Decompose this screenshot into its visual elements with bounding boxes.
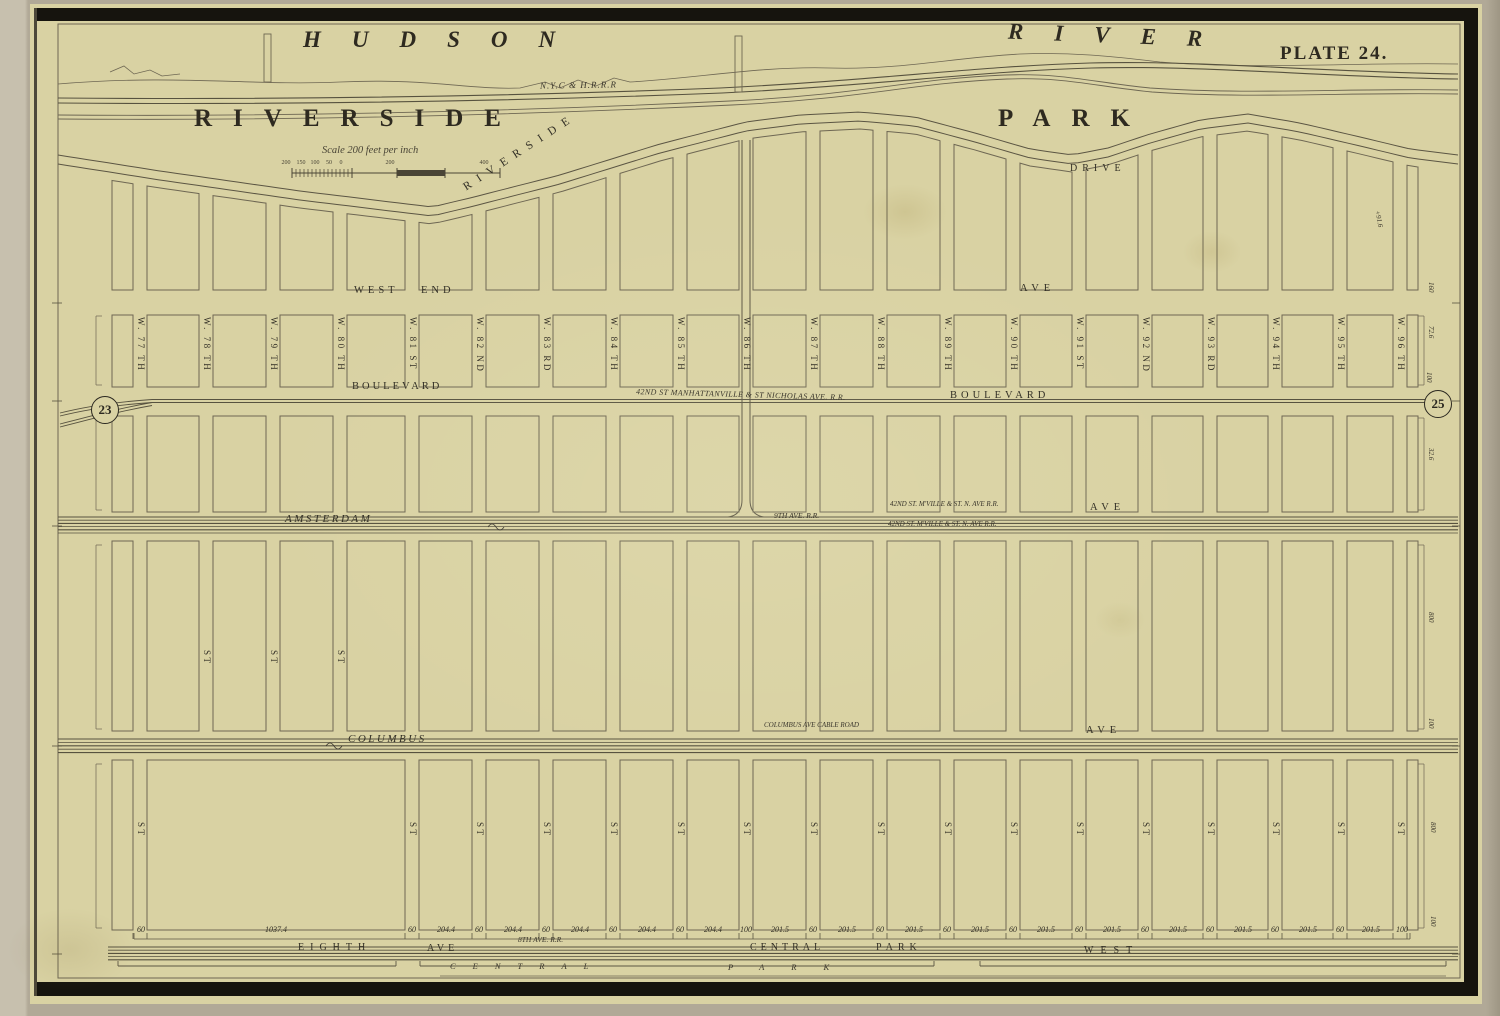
- street-suffix-label-bottom: ST: [1396, 822, 1405, 838]
- labels-layer: HUDSON RIVER PLATE 24. N.Y.C & H.R.R.R R…: [0, 0, 1500, 1016]
- street-label: W. 95 TH: [1336, 317, 1345, 372]
- scale-tick-label: 200: [282, 160, 291, 166]
- street-suffix-label-bottom: ST: [809, 822, 818, 838]
- park-name-riverside: RIVERSIDE: [194, 106, 522, 131]
- street-label: W. 79 TH: [269, 317, 278, 372]
- boulevard-railroad-label: 42ND ST MANHATTANVILLE & ST NICHOLAS AVE…: [636, 388, 846, 402]
- street-label: W. 86 TH: [742, 317, 751, 372]
- street-label: W. 83 RD: [542, 317, 551, 373]
- bottom-dimension-label: 201.5: [905, 926, 923, 934]
- amsterdam-railroad-upper-label: 42ND ST. M'VILLE & ST. N. AVE R.R.: [890, 501, 999, 508]
- bottom-dimension-label: 60: [1141, 926, 1149, 934]
- scale-tick-label: 0: [340, 160, 343, 166]
- street-suffix-label-bottom: ST: [1206, 822, 1215, 838]
- street-label: W. 89 TH: [943, 317, 952, 372]
- bottom-dimension-label: 60: [1009, 926, 1017, 934]
- bottom-dimension-label: 204.4: [571, 926, 589, 934]
- eighth-ave-label: EIGHTH: [298, 943, 371, 953]
- street-label: W. 85 TH: [676, 317, 685, 372]
- ninth-ave-railroad-label: 9TH AVE. R.R.: [774, 512, 819, 520]
- bottom-dimension-label: 60: [609, 926, 617, 934]
- street-suffix-label-bottom: ST: [609, 822, 618, 838]
- edge-dimension-label: 800: [1429, 822, 1436, 833]
- central-park-west-park: PARK: [876, 943, 922, 953]
- bottom-dimension-label: 60: [1206, 926, 1214, 934]
- bottom-dimension-label: 60: [1075, 926, 1083, 934]
- edge-dimension-label: 100: [1429, 916, 1436, 927]
- edge-dimension-label: 72.6: [1427, 326, 1434, 338]
- bottom-dimension-label: 201.5: [771, 926, 789, 934]
- street-suffix-label-bottom: ST: [1336, 822, 1345, 838]
- street-suffix-label-bottom: ST: [742, 822, 751, 838]
- central-park-strip-park: PARK: [728, 963, 856, 972]
- bottom-dimension-label: 60: [1271, 926, 1279, 934]
- amsterdam-ave-suffix: AVE: [1090, 503, 1125, 514]
- bottom-dimension-label: 60: [542, 926, 550, 934]
- edge-dimension-label: 800: [1427, 612, 1434, 623]
- street-label: W. 77 TH: [136, 317, 145, 372]
- eighth-ave-suffix: AVE: [427, 944, 458, 954]
- bottom-dimension-label: 100: [1396, 926, 1408, 934]
- scale-tick-label: 100: [311, 160, 320, 166]
- scale-tick-label: 200: [386, 160, 395, 166]
- street-label: W. 78 TH: [202, 317, 211, 372]
- bottom-dimension-label: 204.4: [638, 926, 656, 934]
- boulevard-label-east: BOULEVARD: [950, 391, 1049, 402]
- street-suffix-label-mid: ST: [336, 650, 345, 666]
- street-label: W. 80 TH: [336, 317, 345, 372]
- bottom-dimension-label: 1037.4: [265, 926, 287, 934]
- edge-dimension-label: 32.6: [1427, 448, 1434, 460]
- street-label: W. 94 TH: [1271, 317, 1280, 372]
- street-suffix-label-bottom: ST: [408, 822, 417, 838]
- bottom-dimension-label: 60: [1336, 926, 1344, 934]
- bottom-dimension-label: 201.5: [1299, 926, 1317, 934]
- bottom-dimension-label: 204.4: [437, 926, 455, 934]
- central-park-west-west: WEST: [1084, 946, 1139, 956]
- river-name-river: RIVER: [1008, 20, 1234, 52]
- bottom-dimension-label: 201.5: [1362, 926, 1380, 934]
- plate-ref-number: 25: [1432, 396, 1445, 412]
- riverside-drive-label: DRIVE: [1070, 164, 1126, 174]
- bottom-dimension-label: 201.5: [1103, 926, 1121, 934]
- plate-ref-number: 23: [99, 402, 112, 418]
- bottom-dimension-label: 201.5: [1169, 926, 1187, 934]
- street-suffix-label-mid: ST: [269, 650, 278, 666]
- shore-railroad-label: N.Y.C & H.R.R.R: [540, 80, 617, 90]
- street-label: W. 88 TH: [876, 317, 885, 372]
- bottom-dimension-label: 204.4: [504, 926, 522, 934]
- street-suffix-label-bottom: ST: [475, 822, 484, 838]
- bottom-dimension-label: 201.5: [1037, 926, 1055, 934]
- columbus-ave-suffix: AVE: [1086, 726, 1121, 737]
- west-end-ave-suffix: AVE: [1020, 284, 1055, 295]
- street-label: W. 90 TH: [1009, 317, 1018, 372]
- street-suffix-label-bottom: ST: [542, 822, 551, 838]
- edge-dimension-label: +91.6: [1373, 210, 1383, 228]
- adjacent-plate-ref-25: 25: [1424, 390, 1452, 418]
- street-label: W. 91 ST: [1075, 317, 1084, 371]
- street-suffix-label-bottom: ST: [676, 822, 685, 838]
- scale-caption: Scale 200 feet per inch: [322, 146, 418, 157]
- river-name-hudson: HUDSON: [303, 28, 586, 51]
- park-name-park: PARK: [998, 106, 1151, 131]
- columbus-cable-road-label: COLUMBUS AVE CABLE ROAD: [764, 722, 859, 729]
- central-park-strip-central: CENTRAL: [450, 962, 605, 971]
- central-park-west-central: CENTRAL: [750, 943, 824, 953]
- edge-dimension-label: 160: [1427, 282, 1434, 293]
- west-end-ave-label: WEST END: [354, 286, 455, 297]
- bottom-dimension-label: 60: [137, 926, 145, 934]
- scale-tick-label: 50: [326, 160, 332, 166]
- bottom-dimension-label: 100: [740, 926, 752, 934]
- edge-dimension-label: 100: [1427, 718, 1434, 729]
- scale-tick-label: 400: [480, 160, 489, 166]
- bottom-dimension-label: 60: [408, 926, 416, 934]
- bottom-dimension-label: 204.4: [704, 926, 722, 934]
- street-suffix-label-bottom: ST: [1271, 822, 1280, 838]
- amsterdam-railroad-lower-label: 42ND ST. M'VILLE & ST. N. AVE R.R.: [888, 521, 997, 528]
- bottom-dimension-label: 201.5: [971, 926, 989, 934]
- street-label: W. 93 RD: [1206, 317, 1215, 373]
- street-label: W. 82 ND: [475, 317, 484, 373]
- scale-tick-label: 150: [297, 160, 306, 166]
- street-suffix-label-bottom: ST: [943, 822, 952, 838]
- street-label: W. 96 TH: [1396, 317, 1405, 372]
- edge-dimension-label: 100: [1425, 372, 1432, 383]
- eighth-ave-railroad-label: 8TH AVE. R.R.: [518, 936, 563, 944]
- street-suffix-label-bottom: ST: [1009, 822, 1018, 838]
- plate-title: PLATE 24.: [1280, 44, 1388, 63]
- bottom-dimension-label: 60: [676, 926, 684, 934]
- street-label: W. 92 ND: [1141, 317, 1150, 373]
- columbus-ave-label: COLUMBUS: [348, 734, 427, 745]
- street-suffix-label-bottom: ST: [1141, 822, 1150, 838]
- street-label: W. 87 TH: [809, 317, 818, 372]
- street-suffix-label-bottom: ST: [876, 822, 885, 838]
- bottom-dimension-label: 201.5: [1234, 926, 1252, 934]
- boulevard-label-west: BOULEVARD: [352, 382, 442, 393]
- bottom-dimension-label: 60: [809, 926, 817, 934]
- atlas-plate-scan: HUDSON RIVER PLATE 24. N.Y.C & H.R.R.R R…: [0, 0, 1500, 1016]
- bottom-dimension-label: 201.5: [838, 926, 856, 934]
- bottom-dimension-label: 60: [876, 926, 884, 934]
- street-label: W. 84 TH: [609, 317, 618, 372]
- bottom-dimension-label: 60: [943, 926, 951, 934]
- street-suffix-label-bottom: ST: [1075, 822, 1084, 838]
- street-suffix-label-bottom: ST: [136, 822, 145, 838]
- street-label: W. 81 ST: [408, 317, 417, 371]
- adjacent-plate-ref-23: 23: [91, 396, 119, 424]
- street-suffix-label-mid: ST: [202, 650, 211, 666]
- bottom-dimension-label: 60: [475, 926, 483, 934]
- amsterdam-ave-label: AMSTERDAM: [285, 514, 372, 525]
